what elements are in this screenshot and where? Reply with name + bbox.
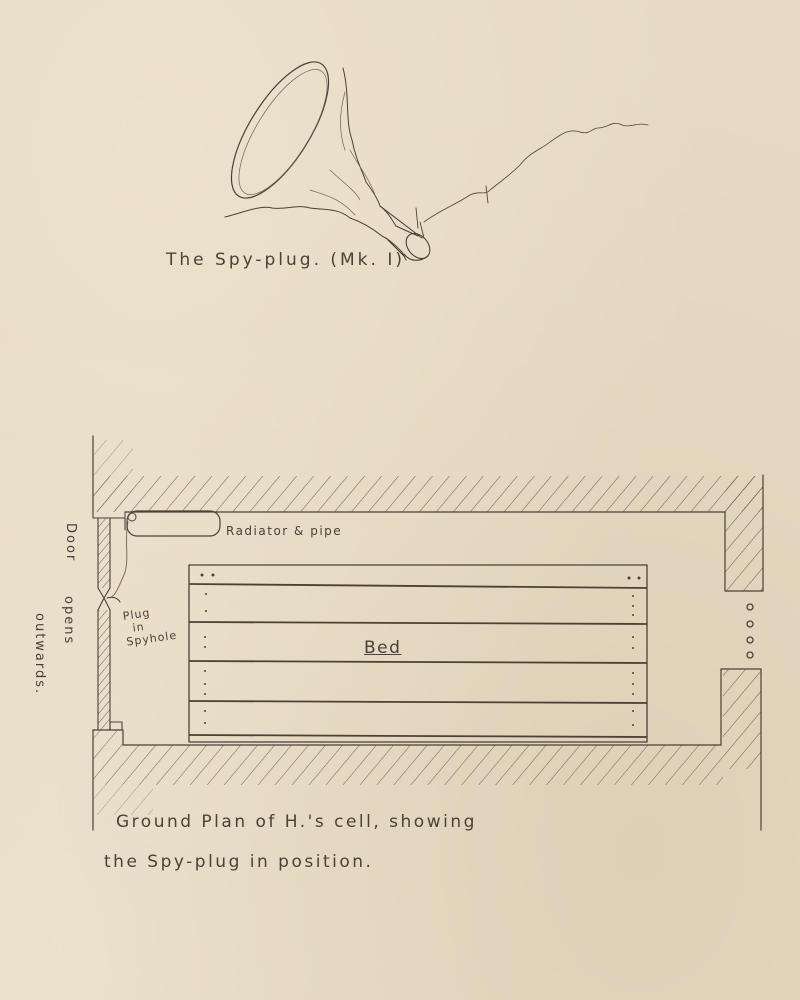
door-label-line-1: Door [63,523,78,562]
door-label-line-2: opens [61,596,76,645]
spy-plug-illustration [213,48,648,263]
bed-label: Bed [364,638,401,658]
plug-in-spyhole-label: Plug in Spyhole [122,603,178,649]
top-wall [93,440,763,512]
cell-ground-plan [93,436,763,830]
window-bars [747,604,753,658]
radiator [127,511,220,536]
document-page: The Spy-plug. (Mk. I) Radiator & pipe Be… [0,0,800,1000]
door [93,512,125,730]
funnel-rim [213,48,347,212]
spy-plug-string [110,522,128,598]
bottom-wall [93,730,723,815]
ground-plan-caption-line-2: the Spy-plug in position. [104,852,373,872]
spy-plug-caption: The Spy-plug. (Mk. I) [166,250,405,270]
radiator-label: Radiator & pipe [226,524,342,538]
ground-plan-caption-line-1: Ground Plan of H.'s cell, showing [116,812,477,832]
door-label-line-3: outwards. [32,613,47,695]
right-wall-lower [721,669,761,830]
right-wall-upper [725,475,763,591]
pencil-drawing [0,0,800,1000]
bed [189,565,647,742]
